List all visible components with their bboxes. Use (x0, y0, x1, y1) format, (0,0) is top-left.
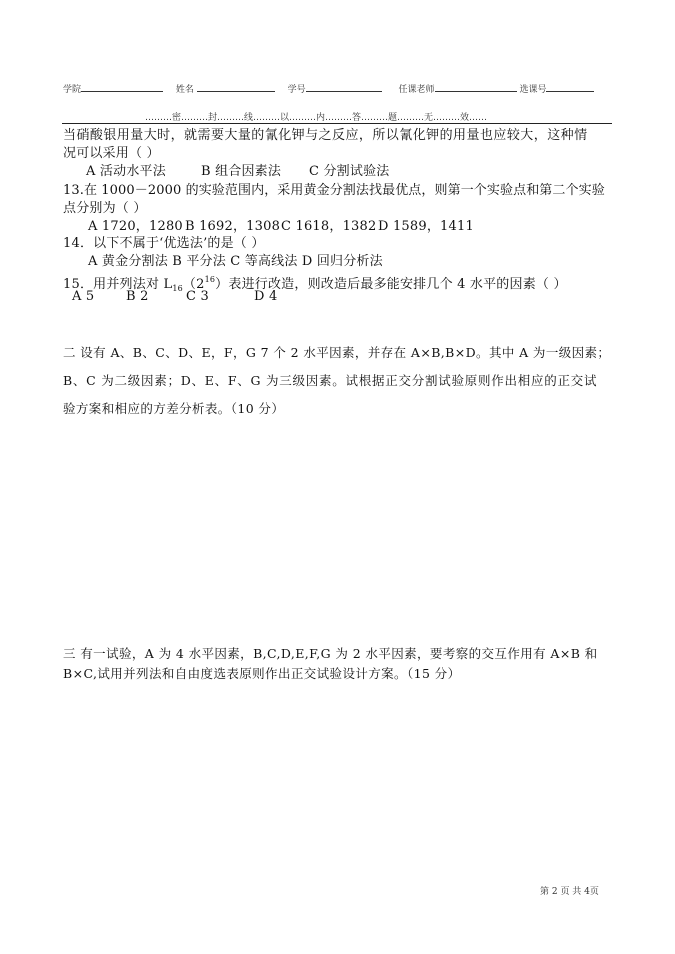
student-id-blank[interactable] (306, 82, 382, 92)
header-fields: 学院 姓名 学号 任课老师 选课号 (63, 82, 594, 95)
q12-line2: 况可以采用（ ） (63, 145, 160, 162)
section2-line2: B、C 为二级因素；D、E、F、G 为三级因素。试根据正交分割试验原则作出相应的… (63, 371, 597, 389)
course-no-blank[interactable] (546, 82, 594, 92)
name-blank[interactable] (197, 82, 275, 92)
q13-line1: 13.在 1000－2000 的实验范围内，采用黄金分割法找最优点，则第一个实验… (63, 182, 605, 199)
q12-options: A 活动水平法B 组合因素法C 分割试验法 (86, 163, 389, 180)
q15-option-d: D 4 (254, 288, 277, 305)
header-divider (62, 123, 612, 124)
seal-line-text: ………密………封………线………以………内………答………题………无………效…… (145, 110, 487, 123)
field-college: 学院 (63, 85, 166, 95)
section3-line1: 三 有一试验，A 为 4 水平因素，B,C,D,E,F,G 为 2 水平因素，要… (63, 644, 598, 662)
q12-option-b: B 组合因素法 (201, 163, 309, 180)
q15-options: A 5B 2C 3D 4 (72, 288, 277, 305)
q13-option-c: C 1618，1382 (281, 218, 378, 235)
q13-option-a: A 1720，1280 (88, 218, 185, 235)
college-blank[interactable] (81, 82, 163, 92)
q15-superscript: 16 (205, 275, 216, 284)
field-name: 姓名 (176, 85, 278, 95)
q15-option-b: B 2 (126, 288, 186, 305)
q12-option-c: C 分割试验法 (309, 163, 389, 180)
q14-line1: 14．以下不属于‘优选法’的是（ ） (63, 235, 265, 252)
section2-line1: 二 设有 A、B、C、D、E，F，G 7 个 2 水平因素，并存在 A×B,B×… (63, 343, 610, 361)
q13-option-d: D 1589，1411 (378, 218, 474, 235)
page-number: 第 2 页 共 4页 (540, 884, 599, 897)
field-teacher: 任课老师 (399, 85, 520, 95)
q15-option-a: A 5 (72, 288, 126, 305)
q14-options: A 黄金分割法 B 平分法 C 等高线法 D 回归分析法 (88, 253, 383, 270)
q13-line2: 点分别为（ ） (63, 200, 147, 217)
teacher-blank[interactable] (435, 82, 517, 92)
q12-option-a: A 活动水平法 (86, 163, 201, 180)
q13-option-b: B 1692，1308 (185, 218, 281, 235)
q15-option-c: C 3 (186, 288, 254, 305)
q12-line1: 当硝酸银用量大时，就需要大量的氰化钾与之反应，所以氰化钾的用量也应较大，这种情 (63, 127, 588, 144)
section2-line3: 验方案和相应的方差分析表。（10 分） (63, 399, 284, 417)
section3-line2: B×C,试用并列法和自由度选表原则作出正交试验设计方案。（15 分） (63, 664, 460, 682)
field-course-no: 选课号 (519, 85, 594, 95)
field-student-id: 学号 (288, 85, 385, 95)
q13-options: A 1720，1280B 1692，1308C 1618，1382D 1589，… (88, 218, 474, 235)
